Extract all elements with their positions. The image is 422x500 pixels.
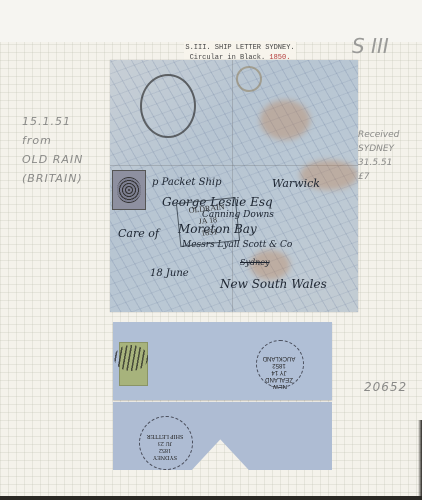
pencil-notes-left: 15.1.51 from OLD RAIN (BRITAIN) (22, 112, 83, 188)
reference-mark: S III (352, 34, 389, 58)
address-route: p Packet Ship (152, 177, 222, 188)
foxing-stain (260, 100, 310, 140)
fold-line (232, 60, 233, 312)
auckland-postmark-text: NEW-ZEALAND JY 14 1852 AUCKLAND (261, 354, 297, 389)
faint-postmark (236, 66, 262, 92)
oldrain-boxed-postmark: OLDRAIN JA 18 1851 (176, 197, 240, 247)
pencil-notes-right: Received SYDNEY 31.5.51 £7 (358, 128, 399, 184)
ship-letter-postmark (140, 74, 196, 138)
album-page: S III S.III. SHIP LETTER SYDNEY. Circula… (0, 0, 422, 500)
catalogue-number: 20652 (364, 380, 407, 394)
fragment-front: NEW-ZEALAND JY 14 1852 AUCKLAND (113, 322, 332, 400)
blue-stamp-icon (112, 170, 146, 210)
cover-fragment: NEW-ZEALAND JY 14 1852 AUCKLAND SYDNEY 1… (113, 322, 332, 470)
address-ship: Warwick (272, 177, 320, 190)
address-line-5: Sydney (240, 258, 270, 267)
address-line-6: New South Wales (220, 277, 327, 291)
page-edge-shadow (418, 420, 422, 500)
label-line-1: S.III. SHIP LETTER SYDNEY. (184, 43, 296, 53)
entire-letter: p Packet Ship Warwick George Leslie Esq … (110, 60, 358, 312)
ship-letter-postmark-text: SYDNEY 1852 JU 23 SHIP LETTER (143, 432, 187, 460)
page-bottom-edge (0, 496, 422, 500)
address-date: 18 June (150, 268, 189, 279)
address-care-of: Care of (118, 227, 159, 240)
green-stamp-icon (119, 342, 148, 386)
